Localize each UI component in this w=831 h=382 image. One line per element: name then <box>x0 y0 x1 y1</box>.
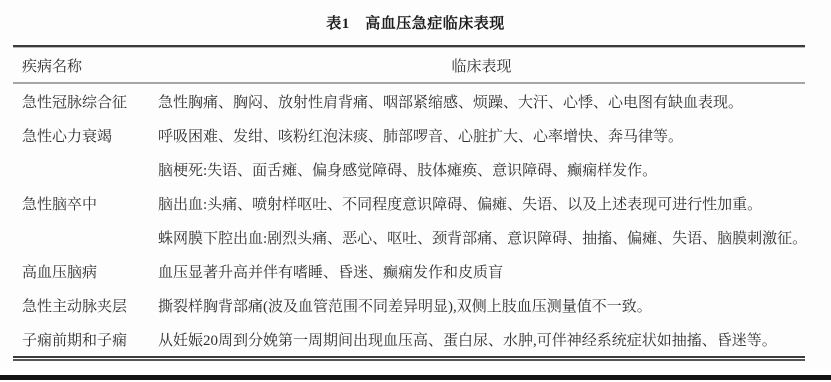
table-row: 急性脑卒中 脑出血:头痛、喷射样呕吐、不同程度意识障碍、偏瘫、失语、以及上述表现… <box>13 186 805 220</box>
disease-name-cell: 急性脑卒中 <box>13 193 158 214</box>
table-bottom-rule <box>13 356 805 359</box>
disease-name-cell: 急性冠脉综合征 <box>13 91 158 112</box>
manifestation-cell: 蛛网膜下腔出血:剧烈头痛、恶心、呕吐、颈背部痛、意识障碍、抽搐、偏瘫、失语、脑膜… <box>158 227 807 248</box>
manifestation-cell: 从妊娠20周到分娩第一周期间出现血压高、蛋白尿、水肿,可伴神经系统症状如抽搐、昏… <box>158 329 805 350</box>
table-row: 急性主动脉夹层 撕裂样胸背部痛(波及血管范围不同差异明显),双侧上肢血压测量值不… <box>13 288 805 322</box>
disease-name-cell: 高血压脑病 <box>13 261 158 282</box>
table-row: 急性冠脉综合征 急性胸痛、胸闷、放射性肩背痛、咽部紧缩感、烦躁、大汗、心悸、心电… <box>13 84 805 118</box>
manifestation-cell: 脑梗死:失语、面舌瘫、偏身感觉障碍、肢体瘫痪、意识障碍、癫痫样发作。 <box>158 159 805 180</box>
manifestation-cell: 呼吸困难、发绀、咳粉红泡沫痰、肺部啰音、心脏扩大、心率增快、奔马律等。 <box>158 125 805 146</box>
table-header-row: 疾病名称 临床表现 <box>13 48 805 82</box>
document-page: 表1 高血压急症临床表现 疾病名称 临床表现 急性冠脉综合征 急性胸痛、胸闷、放… <box>0 0 831 382</box>
page-bottom-black-bar <box>0 375 831 380</box>
manifestation-cell: 脑出血:头痛、喷射样呕吐、不同程度意识障碍、偏瘫、失语、以及上述表现可进行性加重… <box>158 193 805 214</box>
column-header-disease: 疾病名称 <box>13 55 158 76</box>
table-row: 急性心力衰竭 呼吸困难、发绀、咳粉红泡沫痰、肺部啰音、心脏扩大、心率增快、奔马律… <box>13 118 805 152</box>
table-row: 高血压脑病 血压显著升高并伴有嗜睡、昏迷、癫痫发作和皮质盲 <box>13 254 805 288</box>
table-row: 脑梗死:失语、面舌瘫、偏身感觉障碍、肢体瘫痪、意识障碍、癫痫样发作。 <box>13 152 805 186</box>
disease-name-cell: 子痫前期和子痫 <box>13 329 158 350</box>
clinical-manifestations-table: 疾病名称 临床表现 急性冠脉综合征 急性胸痛、胸闷、放射性肩背痛、咽部紧缩感、烦… <box>13 45 805 359</box>
table-body: 急性冠脉综合征 急性胸痛、胸闷、放射性肩背痛、咽部紧缩感、烦躁、大汗、心悸、心电… <box>13 84 805 356</box>
disease-name-cell: 急性主动脉夹层 <box>13 295 158 316</box>
column-header-manifestation: 临床表现 <box>158 55 805 76</box>
manifestation-cell: 撕裂样胸背部痛(波及血管范围不同差异明显),双侧上肢血压测量值不一致。 <box>158 295 805 316</box>
disease-name-cell: 急性心力衰竭 <box>13 125 158 146</box>
table-title: 表1 高血压急症临床表现 <box>0 12 831 33</box>
table-row: 子痫前期和子痫 从妊娠20周到分娩第一周期间出现血压高、蛋白尿、水肿,可伴神经系… <box>13 322 805 356</box>
table-row: 蛛网膜下腔出血:剧烈头痛、恶心、呕吐、颈背部痛、意识障碍、抽搐、偏瘫、失语、脑膜… <box>13 220 805 254</box>
manifestation-cell: 急性胸痛、胸闷、放射性肩背痛、咽部紧缩感、烦躁、大汗、心悸、心电图有缺血表现。 <box>158 91 805 112</box>
manifestation-cell: 血压显著升高并伴有嗜睡、昏迷、癫痫发作和皮质盲 <box>158 261 805 282</box>
